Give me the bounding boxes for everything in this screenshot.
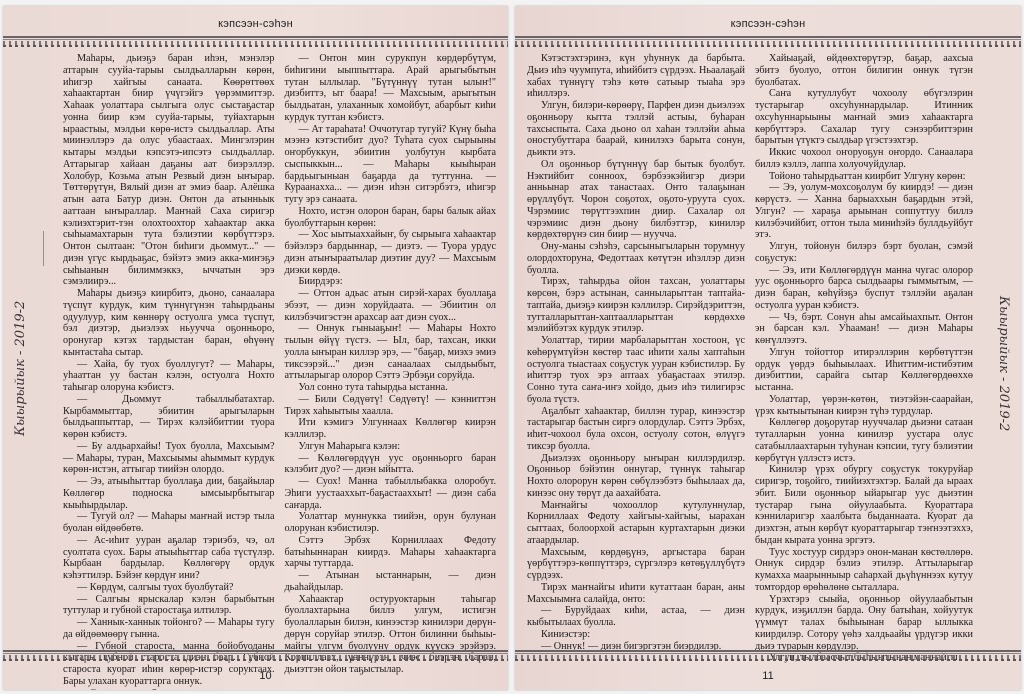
paragraph: Ону-маны сэһэһэ, сарсыныгыларын торумнуу… bbox=[527, 241, 745, 276]
paragraph: Кэтэстэхтэринэ, күн уһуннук да барбыта. … bbox=[527, 53, 745, 100]
paragraph: Тойоно таһырдьаттан киирбит Улгуну көрөн… bbox=[755, 171, 973, 183]
paragraph: Кинилэр үрэх обургу соҕустук токуруйар с… bbox=[755, 464, 973, 546]
paragraph: Улгун тойоттор итирэллэрин көрбөтүттэн о… bbox=[755, 347, 973, 394]
text-columns: Кэтэстэхтэринэ, күн уһуннук да барбыта. … bbox=[527, 53, 973, 664]
paragraph: — Оттон адьас атын сирэй-харах буоллаҕа … bbox=[285, 288, 497, 323]
page-number: 10 bbox=[3, 670, 508, 682]
paragraph: — Көрдүм, салгыы туох буолбутай? bbox=[63, 582, 275, 594]
paragraph: Киниэстэр: bbox=[527, 629, 745, 641]
paragraph: — Дьоммут табыллыбатахтар. Кырбаммыттар,… bbox=[63, 394, 275, 441]
paragraph: Маһары дьиэҕэ киирбитэ, дьоно, санаалара… bbox=[63, 288, 275, 359]
paragraph: — Атынан ыстаннарын, — диэн дьаһайдылар. bbox=[285, 570, 497, 594]
paragraph: — Онтон салгыы? bbox=[63, 688, 275, 691]
paragraph: Сэттэ Эрбэх Корниллаах Федоту батыһыннар… bbox=[285, 535, 497, 570]
paragraph: — Ээ, ити Көллөгөрдүүн манна чугас олоро… bbox=[755, 265, 973, 312]
running-head: кэпсээн-сэһэн bbox=[3, 18, 508, 30]
paragraph: Туус хостуур сирдэрэ онон-манан көстөллө… bbox=[755, 547, 973, 594]
paragraph: Маһары, дьиэҕэ баран иһэн, мэнэлэр аттар… bbox=[63, 53, 275, 288]
paragraph: — Ат тараһата! Оччотугар тугуй? Күнү быһ… bbox=[285, 124, 497, 206]
paragraph: Ол оҕонньор бүтүннүү бар бытык буолбут. … bbox=[527, 159, 745, 241]
paragraph: Уолаттар муннукка тиийэн, орун булунан о… bbox=[285, 511, 497, 535]
paragraph: Уолаттар, үөрэн-көтөн, тиэтэйэн-саарайан… bbox=[755, 394, 973, 418]
running-head: кэпсээн-сэһэн bbox=[515, 18, 1021, 30]
paragraph: — Бу алдьархайы! Туох буолла, Махсыым? —… bbox=[63, 441, 275, 476]
paragraph: Хайыаҕай, өйдөөхтөрүтэр, баҕар, аахсыа э… bbox=[755, 53, 973, 88]
handwritten-margin-note: Кыырыйык - 2019-2 bbox=[13, 301, 28, 436]
paragraph: Махсыым, көрдөҕүнэ, аргыстара баран үөрб… bbox=[527, 547, 745, 582]
ornamental-border-top bbox=[515, 36, 1021, 48]
paragraph: Уол сонно тута таһырдьа ыстанна. bbox=[285, 382, 497, 394]
paragraph: Ити кэмигэ Улгуннаах Көллөгөр киирэн кэл… bbox=[285, 417, 497, 441]
paragraph: Улгун, тойонун билэрэ бэрт буолан, сэмэй… bbox=[755, 241, 973, 265]
paragraph: — Хайа, бу туох буоллугут? — Маһары, уһа… bbox=[63, 359, 275, 394]
paragraph: Маҥнайгы чохооллор кутулуннулар, Корнилл… bbox=[527, 500, 745, 547]
paragraph: — Ас-иһит ууран аҕалар тэриэбэ, чэ, ол с… bbox=[63, 535, 275, 582]
paragraph: — Чэ, бэрт. Сонун аһы амсайыахпыт. Онтон… bbox=[755, 312, 973, 347]
paragraph: — Оннук гыныаҕыҥ! — Маһары Нохто тылын ө… bbox=[285, 323, 497, 382]
paragraph: Аҕалбыт хаһаактар, биллэн турар, кинээст… bbox=[527, 406, 745, 453]
paragraph: — Буруйдаах киһи, астаа, — диэн кыбытыла… bbox=[527, 605, 745, 629]
paragraph: Тирэх маҥнайгы иһити кутаттаан баран, ан… bbox=[527, 582, 745, 606]
paragraph: — Суох! Манна табыллыбакка олоробут. Эһи… bbox=[285, 476, 497, 511]
paragraph: Үрэхтэрэ сыыйа, оҕонньор ойуулаабытын ку… bbox=[755, 594, 973, 653]
paragraph: — Салгыы ярыскалар кэлэн барыбытын тутту… bbox=[63, 594, 275, 618]
left-page: кэпсээн-сэһэн Кыырыйык - 2019-2 Маһары, … bbox=[3, 6, 508, 690]
paragraph: Саҥа кутуллубут чохоолу өбүгэлэрин туста… bbox=[755, 88, 973, 147]
ornamental-border-bottom bbox=[515, 650, 1021, 662]
paragraph: Иккис чохоол оҥоруоҕун оҥордо. Санаалара… bbox=[755, 147, 973, 171]
pencil-mark bbox=[43, 231, 44, 266]
paragraph: Уолаттар, тирии марбаларыттан хостоон, ү… bbox=[527, 335, 745, 406]
paragraph: — Хос ыытыаххайыҥ, бу сырыыга хаһаактар … bbox=[285, 229, 497, 276]
text-columns: Маһары, дьиэҕэ баран иһэн, мэнэлэр аттар… bbox=[63, 53, 496, 690]
paragraph: Улгун, билэри-көрөөрү, Парфен диэн дьиэл… bbox=[527, 100, 745, 159]
text-column-1: Кэтэстэхтэринэ, күн уһуннук да барбыта. … bbox=[527, 53, 745, 664]
paragraph: — Ханнык-ханнык тойонго? — Маһары тугу д… bbox=[63, 617, 275, 641]
text-column-2: Хайыаҕай, өйдөөхтөрүтэр, баҕар, аахсыа э… bbox=[755, 53, 973, 664]
paragraph: Нохто, истэн олорон баран, бары балык ай… bbox=[285, 206, 497, 230]
ornamental-border-top bbox=[3, 36, 508, 48]
paragraph: — Тугуй ол? — Маһары маҥнай истэр тыла б… bbox=[63, 511, 275, 535]
right-page: кэпсээн-сэһэн Кыырыйык - 2019-2 Кэтэстэх… bbox=[515, 6, 1021, 690]
paragraph: — Ээ, атыыһыттар буоллаҕа дии, баҕайылар… bbox=[63, 476, 275, 511]
paragraph: Улгун Маһарыга кэлэн: bbox=[285, 441, 497, 453]
handwritten-margin-note: Кыырыйык - 2019-2 bbox=[996, 296, 1011, 431]
ornamental-border-bottom bbox=[3, 650, 508, 662]
paragraph: — Онтон мин сурукпун көрдөрбүтүм, биһиги… bbox=[285, 53, 497, 124]
paragraph: Биирдэрэ: bbox=[285, 276, 497, 288]
paragraph: Хаһаактар остуруоктарын таһыгар буоллахт… bbox=[285, 594, 497, 676]
text-column-1: Маһары, дьиэҕэ баран иһэн, мэнэлэр аттар… bbox=[63, 53, 275, 690]
paragraph: Дьиэлээх оҕонньору ыҥыран киллэрдилэр. О… bbox=[527, 453, 745, 500]
paragraph: — Көллөгөрдүүн уус оҕонньорго баран кэлэ… bbox=[285, 453, 497, 477]
page-number: 11 bbox=[515, 670, 1021, 682]
text-column-2: — Онтон мин сурукпун көрдөрбүтүм, биһиги… bbox=[285, 53, 497, 690]
paragraph: — Били Сөдүөтү! Сөдүөтү! — кэнниттэн Тир… bbox=[285, 394, 497, 418]
paragraph: Тирэх, таһырдьа ойон тахсан, уолаттары к… bbox=[527, 276, 745, 335]
paragraph: — Ээ, уолум-мохсоҕолум бу киирдэ! — диэн… bbox=[755, 182, 973, 241]
paragraph: Көллөгөр доҕорутар нуучча­лар дьиэни сат… bbox=[755, 417, 973, 464]
